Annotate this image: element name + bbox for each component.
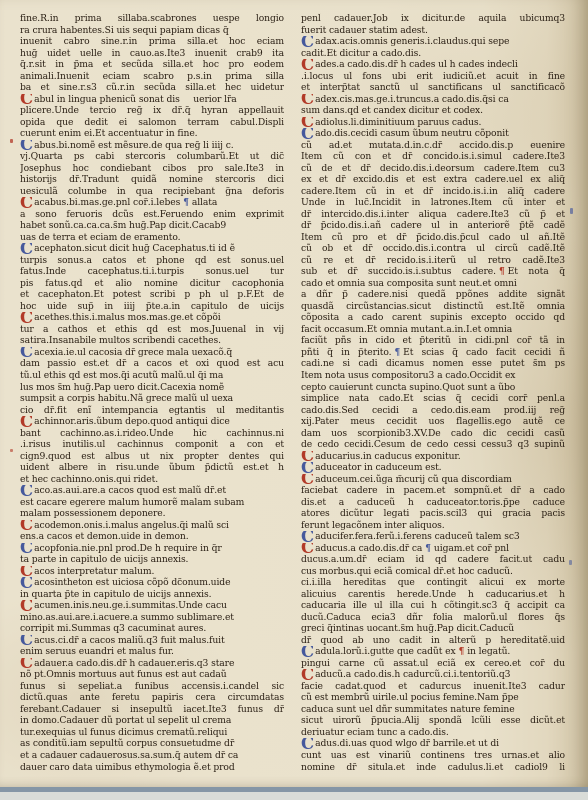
- text-segment: quasdã circũstancias.sicut distinctũ est…: [301, 301, 565, 312]
- dictionary-entry-line: Cacosintheton est uiciosa cõpõ dc̃onum.u…: [20, 577, 284, 589]
- text-segment: cũ de et dr̃ decido.dis.i.deorsum cadere…: [301, 163, 565, 174]
- text-segment: enim seruus euandri et malus fur.: [20, 646, 174, 657]
- dictionary-entry-line: Cadiolus.li.diminitiuum paruus cadus.: [301, 117, 565, 129]
- text-line: caducaria ille ul̃ illa cui h̃ cõtingit.…: [301, 600, 565, 612]
- text-segment: Et scias q̃ cado facit cecidi ñ: [403, 347, 565, 358]
- dictionary-entry-line: Cacephaton.sicut dicit hug̃ Cacephatus.t…: [20, 243, 284, 255]
- drop-cap-initial: C: [20, 577, 33, 589]
- text-segment: in quarta p̃te in capitulo de uicijs ann…: [20, 589, 211, 600]
- text-segment: uigam.et cor̃ pnl̃: [434, 543, 509, 554]
- text-line: pingui carne cũ assat̃.ul̃ eciã ex cereo…: [301, 658, 565, 670]
- text-segment: mino.as.aui.are.i.acuere.a summo sublima…: [20, 612, 234, 623]
- text-segment: ades.a cado.dis.dr̃ h̃ cades ul̃ h̃ cade…: [315, 59, 518, 70]
- dictionary-entry-line: Cacopfonia.nie.pnl̃ prod̃.De h̃ require …: [20, 543, 284, 555]
- text-line: cũ de et dr̃ decido.dis.i.deorsum cadere…: [301, 163, 565, 175]
- text-segment: opida que dedit ei salomon terram cabul.…: [20, 117, 284, 128]
- text-line: inuenit̃ cabro sine.r.in prima silla.et …: [20, 36, 284, 48]
- drop-cap-initial: C: [301, 94, 314, 106]
- text-segment: uident̃ albere in risu.unde ũbum p̃dictũ…: [20, 462, 284, 473]
- text-line: greci q̃intinas uocant.s̃m hug̃.Pap dici…: [301, 623, 565, 635]
- text-segment: Et nota q̃: [508, 266, 565, 277]
- text-line: habet sonũ.ca.ca.ca.s̃m hug̃.Pap dicit.C…: [20, 220, 284, 232]
- text-line: ra crura habentes.Si uis sequi papiam di…: [20, 25, 284, 37]
- paragraph-mark: ¶: [183, 198, 189, 208]
- drop-cap-initial: C: [301, 59, 314, 71]
- text-line: bant cachinno.as.i.rideo.Unde hic cachin…: [20, 428, 284, 440]
- drop-cap-initial: C: [20, 520, 33, 532]
- drop-cap-initial: C: [301, 543, 314, 555]
- text-segment: dr̃ intercido.dis.i.inter aliqua cadere.…: [301, 209, 565, 220]
- text-segment: sicut uirorũ p̃pucia.Alij spondã lcũli e…: [301, 715, 565, 726]
- text-segment: acosintheton est uiciosa cõpõ dc̃onum.ui…: [34, 577, 230, 588]
- text-line: dam uos scorpionib3.XV.De cado dic cecid…: [301, 428, 565, 440]
- text-line: penl̃ cadauer.Job ix dicitur.de aquila u…: [301, 13, 565, 25]
- text-segment: alicuius carentis herede.Unde h̃ caducar…: [301, 589, 565, 600]
- drop-cap-initial: C: [20, 635, 33, 647]
- text-segment: abus.bi.nomẽ est mẽsure.de qua reg̃ li i…: [34, 140, 233, 151]
- text-segment: adauer.a cado.dis.dr̃ h̃ cadauer.eris.q3…: [34, 658, 234, 669]
- drop-cap-initial: C: [301, 36, 314, 48]
- text-segment: ci.i.illa hereditas que contingit alicui…: [301, 577, 565, 588]
- text-line: ci.i.illa hereditas que contingit alicui…: [301, 577, 565, 589]
- text-segment: dictũ.quas ante feret̃u papiris cera cir…: [20, 692, 284, 703]
- text-segment: Item cũ con et dr̃ concido.is.i.simul ca…: [301, 151, 565, 162]
- text-segment: cadit.Et dicitur a cado.dis.: [301, 48, 421, 59]
- text-segment: tur a cathos et ethis qd̃ est mos.Juuena…: [20, 324, 284, 335]
- text-segment: bant cachinno.as.i.rideo.Unde hic cachin…: [20, 428, 284, 439]
- text-line: hoc uide sup̃ in iiij p̃te.a.in capitulo…: [20, 301, 284, 313]
- drop-cap-initial: C: [20, 600, 33, 612]
- text-segment: cũ est membrũ uirile.ul̃ pocius femine.N…: [301, 692, 519, 703]
- text-segment: q̃.r.sit in p̃ma et secũda silla.et hoc …: [20, 59, 284, 70]
- text-line: lus mos s̃m hug̃.Pap uero dicit.Cacexia …: [20, 382, 284, 394]
- text-line: in domo.Cadauer dũ portat̃ ul̃ sepelit̃ …: [20, 715, 284, 727]
- dictionary-entry-line: Cacodemon.onis.i.malus angelus.q̃i malũ …: [20, 520, 284, 532]
- text-segment: acopfonia.nie.pnl̃ prod̃.De h̃ require i…: [34, 543, 222, 554]
- text-segment: ferunt legacõnem inter aliquos.: [301, 520, 445, 531]
- text-segment: cũ ad.et mutata.d.in.c.dr̃ accido.dis.p …: [301, 140, 565, 151]
- text-segment: atores dicũtur legati pacis.scil3 qui gr…: [301, 508, 565, 519]
- text-segment: tũ.ul̃ ethis qd̃ est mos.q̃i acutũ malũ.…: [20, 370, 223, 381]
- text-line: fatus.Inde cacephatus.ti.i.turpis sonus.…: [20, 266, 284, 278]
- text-line: et interp̃tat̃ sanctũ ul̃ sanctificans u…: [301, 82, 565, 94]
- text-segment: pñti q̃ in p̃terito.: [301, 347, 391, 358]
- text-segment: et hec cachinno.onis.qui ridet.: [20, 474, 158, 485]
- drop-cap-initial: C: [20, 416, 33, 428]
- drop-cap-initial: C: [301, 669, 314, 681]
- text-segment: a sono feruoris dcũs est.Feruendo enim e…: [20, 209, 284, 220]
- text-line: plicere.Unde tercio reg̃ ix dr̃.q̃ hyran…: [20, 105, 284, 117]
- text-line: cus morbus.qui eciã comical̃ dr̃.et hoc …: [301, 566, 565, 578]
- text-line: animali.Inuenit̃ eciam scabro p.s.in pri…: [20, 71, 284, 83]
- text-segment: aco.as.aui.are.a cacos quod est malũ dr̃…: [34, 485, 226, 496]
- drop-cap-initial: C: [20, 566, 33, 578]
- text-segment: deriuatur eciam tunc a cado.dis.: [301, 727, 449, 738]
- text-line: turpis sonus.a catos et phone qd̃ est so…: [20, 255, 284, 267]
- text-line: Item cũ con et dr̃ concido.is.i.simul ca…: [301, 151, 565, 163]
- text-line: tur a cathos et ethis qd̃ est mos.Juuena…: [20, 324, 284, 336]
- text-line: dr̃ p̃cido.dis.i.añ cadere ul̃ in anteri…: [301, 220, 565, 232]
- text-line: cũ ob et dr̃ occido.dis.i.contra ul̃ cir…: [301, 243, 565, 255]
- text-line: .i.locus ul̃ fons ubi erit iudiciũ.et ac…: [301, 71, 565, 83]
- text-line: vj.Quarta ps cabi stercoris columbarũ.Et…: [20, 151, 284, 163]
- text-segment: hug̃ uidet̃ uelle in cauo.as.Ite3 inueni…: [20, 48, 284, 59]
- text-segment: dauer caro data uimibus ethymologia ẽ.et…: [20, 762, 235, 773]
- text-segment: cign9.quod est albus ut nix propter dent…: [20, 451, 284, 462]
- text-segment: .i.risus inutilis.ul̃ cachinnus componit…: [20, 439, 284, 450]
- text-segment: dr̃ p̃cido.dis.i.añ cadere ul̃ in anteri…: [301, 220, 565, 231]
- text-segment: et a cadauer cadauerosus.sa.sum.q̃ autem…: [20, 750, 238, 761]
- text-segment: animali.Inuenit̃ eciam scabro p.s.in pri…: [20, 71, 284, 82]
- text-line: atores dicũtur legati pacis.scil3 qui gr…: [301, 508, 565, 520]
- text-line: deriuatur eciam tunc a cado.dis.: [301, 727, 565, 739]
- text-line: ferebant.Cadauer si insepultũ iacet.Ite3…: [20, 704, 284, 716]
- drop-cap-initial: C: [20, 140, 33, 152]
- text-line: dictũ.quas ante feret̃u papiris cera cir…: [20, 692, 284, 704]
- text-line: cado.dis.Sed cecidi a cedo.dis.eam prod.…: [301, 405, 565, 417]
- text-segment: inuenit̃ cabro sine.r.in prima silla.et …: [20, 36, 284, 47]
- text-line: ex et dr̃ excido.dis et est extra cadere…: [301, 174, 565, 186]
- drop-cap-initial: C: [20, 485, 33, 497]
- text-segment: Item nota usus compositoru3 a cado.Occid…: [301, 370, 515, 381]
- text-line: cũ re et dr̃ recido.is.i.iterũ ul̃ retro…: [301, 255, 565, 267]
- text-segment: Item cũ pro et dr̃ p̃cido.dis.p̃cul cado…: [301, 232, 565, 243]
- text-segment: cuerunt enim ei.Et accentuatur in fine.: [20, 128, 198, 139]
- text-line: cuerunt enim ei.Et accentuatur in fine.: [20, 128, 284, 140]
- text-segment: aducus.a cado.dis.dr̃ ca: [315, 543, 422, 554]
- text-line: ens.a cacos et demon.uide in demon.: [20, 531, 284, 543]
- text-line: a sono feruoris dcũs est.Feruendo enim e…: [20, 209, 284, 221]
- text-segment: historijs dr̃.Tradunt quidã nomine sterc…: [20, 174, 284, 185]
- text-line: dis.et a caduceũ h̃ caduceator.toris.p̃p…: [301, 497, 565, 509]
- text-line: et hec cachinno.onis.qui ridet.: [20, 474, 284, 486]
- text-segment: sum dans.qd̃ et candex dicitur et codex.: [301, 105, 483, 116]
- text-segment: as conditũ.iam sepultũ corpus consuetudm…: [20, 738, 234, 749]
- text-segment: uesiculã columbe in qua recipiebant̃ g̃n…: [20, 186, 284, 197]
- text-segment: ado.dis.cecidi casum ũbum neutru cõponit…: [315, 128, 509, 139]
- drop-cap-initial: C: [301, 646, 314, 658]
- text-segment: cõposita a cado carent supinis excepto o…: [301, 312, 565, 323]
- text-segment: facie cadat.quod et cadurcus inuenit̃.It…: [301, 681, 565, 692]
- dictionary-entry-line: Caducus.a cado.dis.dr̃ ca¶uigam.et cor̃ …: [301, 543, 565, 555]
- text-line: cio dr̃.fit enĩ intempancia egtantis ul̃…: [20, 405, 284, 417]
- drop-cap-initial: C: [301, 738, 314, 750]
- text-line: pis fatus.qd̃ et alio nomine dicitur cac…: [20, 278, 284, 290]
- text-segment: aducarius.in caducus exponitur.: [315, 451, 460, 462]
- text-segment: adus.di.uas quod wlgo dr̃ barrile.et ut …: [315, 738, 499, 749]
- text-segment: ducũ.Caduca ecia3 dñr folia malorũ.ul̃ f…: [301, 612, 565, 623]
- dictionary-entry-line: Cabul in lingua phenicũ sonat dis uerior…: [20, 94, 284, 106]
- text-line: cadi.ne si cadi dicamus nomen esse putet…: [301, 358, 565, 370]
- text-segment: nomine dr̃ situla.et inde cadulus.li.et …: [301, 762, 565, 773]
- text-segment: cadi.ne si cadi dicamus nomen esse putet…: [301, 358, 565, 369]
- text-segment: cadere.Item cũ in et dr̃ incido.is.i.in …: [301, 186, 565, 197]
- text-segment: aduceator in caduceum est.: [315, 462, 441, 473]
- scan-background: [0, 792, 588, 800]
- text-segment: penl̃ cadauer.Job ix dicitur.de aquila u…: [301, 13, 565, 24]
- text-line: facie cadat.quod et cadurcus inuenit̃.It…: [301, 681, 565, 693]
- text-line: fine.R.in prima sillaba.scabrones uespe …: [20, 13, 284, 25]
- text-line: et a cadauer cadauerosus.sa.sum.q̃ autem…: [20, 750, 284, 762]
- paragraph-mark: ¶: [459, 647, 465, 657]
- text-line: de cedo cecidi.Cesum de cedo cessi cessu…: [301, 439, 565, 451]
- text-line: cado et omnia sua composita sunt neut̃.e…: [301, 278, 565, 290]
- dictionary-entry-line: Cacumen.inis.neu.ge.i.summitas.Unde cacu: [20, 600, 284, 612]
- text-line: historijs dr̃.Tradunt quidã nomine sterc…: [20, 174, 284, 186]
- text-line: est cacare egerere malum humorẽ malam su…: [20, 497, 284, 509]
- text-line: Item nota usus compositoru3 a cado.Occid…: [301, 370, 565, 382]
- dictionary-entry-line: Cacethes.this.i.malus mos.mas.ge.et cõpõ…: [20, 312, 284, 324]
- dictionary-entry-line: Cadax.acis.omnis generis.i.claudus.qui s…: [301, 36, 565, 48]
- text-line: cign9.quod est albus ut nix propter dent…: [20, 451, 284, 463]
- text-line: a dñr p̃ cadere.nisi quedã ppõnes addite…: [301, 289, 565, 301]
- text-line: cunt uas est vinariũ continens tres urna…: [301, 750, 565, 762]
- text-column-left: fine.R.in prima sillaba.scabrones uespe …: [20, 13, 284, 773]
- text-segment: funus si sepeliat̃.a funibus accensis.i.…: [20, 681, 284, 692]
- text-segment: .i.locus ul̃ fons ubi erit iudiciũ.et ac…: [301, 71, 565, 82]
- drop-cap-initial: C: [20, 347, 33, 359]
- text-line: cõposita a cado carent supinis excepto o…: [301, 312, 565, 324]
- text-line: ducũ.Caduca ecia3 dñr folia malorũ.ul̃ f…: [301, 612, 565, 624]
- manuscript-page: fine.R.in prima sillaba.scabrones uespe …: [0, 0, 588, 787]
- text-segment: cepto cauierunt cuncta supino.Quot sunt …: [301, 382, 515, 393]
- text-segment: faciebat cadere in pacem.et sompnũ.et dr…: [301, 485, 565, 496]
- text-segment: ra crura habentes.Si uis sequi papiam di…: [20, 25, 229, 36]
- dictionary-entry-line: Cacabus.bi.mas.ge.pnl̃ cor̃.i.lebes¶alla…: [20, 197, 284, 209]
- text-line: fuerit cadauer statim adest.: [301, 25, 565, 37]
- text-segment: et interp̃tat̃ sanctũ ul̃ sanctificans u…: [301, 82, 565, 93]
- text-line: et cacephaton.Et potest scribi p ph ul̃ …: [20, 289, 284, 301]
- text-segment: Unde in luc̃.Incidit in latrones.Item cũ…: [301, 197, 565, 208]
- dictionary-entry-line: Cado.dis.cecidi casum ũbum neutru cõponi…: [301, 128, 565, 140]
- text-line: sicut uirorũ p̃pucia.Alij spondã lcũli e…: [301, 715, 565, 727]
- text-segment: a dñr p̃ cadere.nisi quedã ppõnes addite…: [301, 289, 565, 300]
- dictionary-entry-line: Cadauer.a cado.dis.dr̃ h̃ cadauer.eris.q…: [20, 658, 284, 670]
- drop-cap-initial: C: [301, 531, 314, 543]
- text-segment: vj.Quarta ps cabi stercoris columbarũ.Et…: [20, 151, 284, 162]
- text-segment: cunt uas est vinariũ continens tres urna…: [301, 750, 565, 761]
- text-segment: cio dr̃.fit enĩ intempancia egtantis ul̃…: [20, 405, 284, 416]
- text-line: xij.Pater meus cecidit uos flagellis.ego…: [301, 416, 565, 428]
- text-segment: adiolus.li.diminitiuum paruus cadus.: [315, 117, 481, 128]
- dictionary-entry-line: Cabus.bi.nomẽ est mẽsure.de qua reg̃ li …: [20, 140, 284, 152]
- text-segment: tur.exequias ul̃ funus dicimus crematũ.r…: [20, 727, 227, 738]
- text-segment: abul in lingua phenicũ sonat dis uerior …: [34, 94, 236, 105]
- text-line: cadit.Et dicitur a cado.dis.: [301, 48, 565, 60]
- text-line: ducus.a.um.dr̃ eciam id qd̃ cadere facit…: [301, 554, 565, 566]
- text-segment: ta parte in capitulo de uicijs annexis.: [20, 554, 188, 565]
- text-segment: acos interpretatur malum.: [34, 566, 154, 577]
- text-segment: ducus.a.um.dr̃ eciam id qd̃ cadere facit…: [301, 554, 565, 565]
- text-line: tur.exequias ul̃ funus dicimus crematũ.r…: [20, 727, 284, 739]
- text-segment: malam possessionem deponere.: [20, 508, 165, 519]
- text-segment: acexia.ie.ul̃ cacosia dr̃ grece mala uex…: [34, 347, 232, 358]
- text-line: alicuius carentis herede.Unde h̃ caducar…: [301, 589, 565, 601]
- ink-speck: [10, 449, 13, 452]
- text-line: satira.Insanabile multos scribendi cacet…: [20, 335, 284, 347]
- text-line: opida que dedit ei salomon terram cabul.…: [20, 117, 284, 129]
- text-segment: plicere.Unde tercio reg̃ ix dr̃.q̃ hyran…: [20, 105, 284, 116]
- text-segment: satira.Insanabile multos scribendi cacet…: [20, 335, 221, 346]
- text-segment: fine.R.in prima sillaba.scabrones uespe …: [20, 13, 284, 24]
- dictionary-entry-line: Cachinnor.aris.ũbum depo.quod antiqui di…: [20, 416, 284, 428]
- text-segment: sub et dr̃ succido.is.i.subtus cadere.: [301, 266, 496, 277]
- text-segment: corripit mi.Summas q3 cacuminat aures.: [20, 623, 206, 634]
- text-segment: acumen.inis.neu.ge.i.summitas.Unde cacu: [34, 600, 227, 611]
- text-line: cũ ad.et mutata.d.in.c.dr̃ accido.dis.p …: [301, 140, 565, 152]
- text-line: corripit mi.Summas q3 cacuminat aures.: [20, 623, 284, 635]
- text-segment: simplice nata cado.Et scias q̃ cecidi co…: [301, 393, 565, 404]
- dictionary-entry-line: Cacexia.ie.ul̃ cacosia dr̃ grece mala ue…: [20, 347, 284, 359]
- ink-speck: [570, 208, 573, 214]
- text-line: cũ est membrũ uirile.ul̃ pocius femine.N…: [301, 692, 565, 704]
- text-segment: dam passio est.et dr̃ a cacos et oxi quo…: [20, 358, 284, 369]
- text-segment: pingui carne cũ assat̃.ul̃ eciã ex cereo…: [301, 658, 565, 669]
- text-segment: fatus.Inde cacephatus.ti.i.turpis sonus.…: [20, 266, 284, 277]
- text-segment: caduca sunt uel dñr summitates nature fe…: [301, 704, 515, 715]
- text-segment: habet sonũ.ca.ca.ca.s̃m hug̃.Pap dicit.C…: [20, 220, 226, 231]
- text-line: funus si sepeliat̃.a funibus accensis.i.…: [20, 681, 284, 693]
- text-line: as conditũ.iam sepultũ corpus consuetudm…: [20, 738, 284, 750]
- text-segment: Josephus hoc condiebant cibos pro sale.I…: [20, 163, 284, 174]
- drop-cap-initial: C: [301, 474, 314, 486]
- text-segment: dam uos scorpionib3.XV.De cado dic cecid…: [301, 428, 565, 439]
- text-segment: dr̃ quod ab uno cadit in alterũ p heredi…: [301, 635, 565, 646]
- text-line: Unde in luc̃.Incidit in latrones.Item cũ…: [301, 197, 565, 209]
- text-segment: acabus.bi.mas.ge.pnl̃ cor̃.i.lebes: [34, 197, 180, 208]
- text-line: in quarta p̃te in capitulo de uicijs ann…: [20, 589, 284, 601]
- text-line: cadere.Item cũ in et dr̃ incido.is.i.in …: [301, 186, 565, 198]
- text-segment: hoc uide sup̃ in iiij p̃te.a.in capitulo…: [20, 301, 284, 312]
- drop-cap-initial: C: [20, 243, 33, 255]
- text-segment: ferebant.Cadauer si insepultũ iacet.Ite3…: [20, 704, 284, 715]
- paragraph-mark: ¶: [394, 348, 400, 358]
- text-line: dauer caro data uimibus ethymologia ẽ.et…: [20, 762, 284, 774]
- paragraph-mark: ¶: [499, 267, 505, 277]
- text-segment: adula.lorũ.i.gutte que cadũt ex: [315, 646, 455, 657]
- text-line: simplice nata cado.Et scias q̃ cecidi co…: [301, 393, 565, 405]
- text-segment: cus morbus.qui eciã comical̃ dr̃.et hoc …: [301, 566, 513, 577]
- text-segment: fuerit cadauer statim adest.: [301, 25, 428, 36]
- drop-cap-initial: C: [301, 128, 314, 140]
- text-segment: et cacephaton.Et potest scribi p ph ul̃ …: [20, 289, 284, 300]
- text-segment: facit occasum.Et omnia mutant.a.in.I.et …: [301, 324, 512, 335]
- dictionary-entry-line: Cadus.di.uas quod wlgo dr̃ barrile.et ut…: [301, 738, 565, 750]
- dictionary-entry-line: Cades.a cado.dis.dr̃ h̃ cades ul̃ h̃ cad…: [301, 59, 565, 71]
- dictionary-entry-line: Caducũ.a cado.dis.h̃ cadurcũ.ci.i.tentor…: [301, 669, 565, 681]
- text-segment: est cacare egerere malum humorẽ malam su…: [20, 497, 244, 508]
- dictionary-entry-line: Cadula.lorũ.i.gutte que cadũt ex¶in lega…: [301, 646, 565, 658]
- drop-cap-initial: C: [301, 451, 314, 463]
- text-segment: aduceum.cei.ũga m̃curij cũ qua discordia…: [315, 474, 512, 485]
- text-line: ta parte in capitulo de uicijs annexis.: [20, 554, 284, 566]
- text-line: cepto cauierunt cuncta supino.Quot sunt …: [301, 382, 565, 394]
- text-line: q̃.r.sit in p̃ma et secũda silla.et hoc …: [20, 59, 284, 71]
- text-segment: acephaton.sicut dicit hug̃ Cacephatus.ti…: [34, 243, 235, 254]
- dictionary-entry-line: Caco.as.aui.are.a cacos quod est malũ dr…: [20, 485, 284, 497]
- text-line: malam possessionem deponere.: [20, 508, 284, 520]
- text-line: .i.risus inutilis.ul̃ cachinnus componit…: [20, 439, 284, 451]
- text-line: sumpsit a corpis habitu.Nã grece malũ ul…: [20, 393, 284, 405]
- text-line: dr̃ quod ab uno cadit in alterũ p heredi…: [301, 635, 565, 647]
- text-line: dr̃ intercido.dis.i.inter aliqua cadere.…: [301, 209, 565, 221]
- text-segment: aducũ.a cado.dis.h̃ cadurcũ.ci.i.tentori…: [315, 669, 510, 680]
- text-column-right: penl̃ cadauer.Job ix dicitur.de aquila u…: [301, 13, 565, 773]
- dictionary-entry-line: Caduceator in caduceum est.: [301, 462, 565, 474]
- text-segment: xij.Pater meus cecidit uos flagellis.ego…: [301, 416, 565, 427]
- text-segment: caducaria ille ul̃ illa cui h̃ cõtingit.…: [301, 600, 565, 611]
- text-segment: cado.dis.Sed cecidi a cedo.dis.eam prod.…: [301, 405, 565, 416]
- text-segment: in domo.Cadauer dũ portat̃ ul̃ sepelit̃ …: [20, 715, 231, 726]
- text-segment: acethes.this.i.malus mos.mas.ge.et cõpõi: [34, 312, 220, 323]
- text-line: mino.as.aui.are.i.acuere.a summo sublima…: [20, 612, 284, 624]
- text-line: nõ pt̃.Omnis mortuus aut funus est aut c…: [20, 669, 284, 681]
- text-segment: acodemon.onis.i.malus angelus.q̃i malũ s…: [34, 520, 229, 531]
- dictionary-entry-line: Cacos interpretatur malum.: [20, 566, 284, 578]
- text-segment: ex et dr̃ excido.dis et est extra cadere…: [301, 174, 565, 185]
- dictionary-entry-line: Cacus.ci.dr̃ a cacos maliũ.q3 fuit malus…: [20, 635, 284, 647]
- text-segment: in legatũ.: [467, 646, 510, 657]
- text-line: sub et dr̃ succido.is.i.subtus cadere.¶E…: [301, 266, 565, 278]
- drop-cap-initial: C: [20, 197, 33, 209]
- drop-cap-initial: C: [20, 312, 33, 324]
- drop-cap-initial: C: [20, 94, 33, 106]
- text-segment: achinnor.aris.ũbum depo.quod antiqui dic…: [34, 416, 230, 427]
- text-line: uas de terra et eciam de eramento.: [20, 232, 284, 244]
- ink-speck: [10, 139, 13, 143]
- text-line: pñti q̃ in p̃terito.¶Et scias q̃ cado fa…: [301, 347, 565, 359]
- text-segment: de cedo cecidi.Cesum de cedo cessi cessu…: [301, 439, 565, 450]
- dictionary-entry-line: Caduceum.cei.ũga m̃curij cũ qua discordi…: [301, 474, 565, 486]
- text-line: sum dans.qd̃ et candex dicitur et codex.: [301, 105, 565, 117]
- text-line: facit occasum.Et omnia mutant.a.in.I.et …: [301, 324, 565, 336]
- dictionary-entry-line: Caducarius.in caducus exponitur.: [301, 451, 565, 463]
- text-segment: adax.acis.omnis generis.i.claudus.qui se…: [315, 36, 509, 47]
- text-segment: allata: [192, 197, 217, 208]
- text-segment: pis fatus.qd̃ et alio nomine dicitur cac…: [20, 278, 284, 289]
- drop-cap-initial: C: [20, 658, 33, 670]
- text-line: hug̃ uidet̃ uelle in cauo.as.Ite3 inueni…: [20, 48, 284, 60]
- text-segment: nõ pt̃.Omnis mortuus aut funus est aut c…: [20, 669, 227, 680]
- text-segment: greci q̃intinas uocant.s̃m hug̃.Pap dici…: [301, 623, 514, 634]
- text-line: tũ.ul̃ ethis qd̃ est mos.q̃i acutũ malũ.…: [20, 370, 284, 382]
- text-segment: cũ re et dr̃ recido.is.i.iterũ ul̃ retro…: [301, 255, 565, 266]
- drop-cap-initial: C: [301, 117, 314, 129]
- text-segment: lus mos s̃m hug̃.Pap uero dicit.Cacexia …: [20, 382, 224, 393]
- text-line: ferunt legacõnem inter aliquos.: [301, 520, 565, 532]
- dictionary-entry-line: Cadex.cis.mas.ge.i.truncus.a cado.dis.q̃…: [301, 94, 565, 106]
- text-segment: ens.a cacos et demon.uide in demon.: [20, 531, 189, 542]
- text-segment: sumpsit a corpis habitu.Nã grece malũ ul…: [20, 393, 233, 404]
- text-line: uesiculã columbe in qua recipiebant̃ g̃n…: [20, 186, 284, 198]
- text-line: caduca sunt uel dñr summitates nature fe…: [301, 704, 565, 716]
- text-segment: faciũt pñs in cido et p̃teritũ in cidi.p…: [301, 335, 565, 346]
- text-line: ba et sine.r.s3 cũ.r.in secũda silla.et …: [20, 82, 284, 94]
- text-segment: uas de terra et eciam de eramento.: [20, 232, 180, 243]
- text-line: faciebat cadere in pacem.et sompnũ.et dr…: [301, 485, 565, 497]
- text-line: dam passio est.et dr̃ a cacos et oxi quo…: [20, 358, 284, 370]
- ink-speck: [569, 560, 572, 565]
- text-line: quasdã circũstancias.sicut distinctũ est…: [301, 301, 565, 313]
- text-segment: cũ ob et dr̃ occido.dis.i.contra ul̃ cir…: [301, 243, 565, 254]
- text-line: Josephus hoc condiebant cibos pro sale.I…: [20, 163, 284, 175]
- text-line: nomine dr̃ situla.et inde cadulus.li.et …: [301, 762, 565, 774]
- text-segment: adex.cis.mas.ge.i.truncus.a cado.dis.q̃s…: [315, 94, 509, 105]
- text-segment: ba et sine.r.s3 cũ.r.in secũda silla.et …: [20, 82, 284, 93]
- dictionary-entry-line: Caducifer.fera.ferũ.i.ferens caduceũ tal…: [301, 531, 565, 543]
- text-line: enim seruus euandri et malus fur.: [20, 646, 284, 658]
- text-line: faciũt pñs in cido et p̃teritũ in cidi.p…: [301, 335, 565, 347]
